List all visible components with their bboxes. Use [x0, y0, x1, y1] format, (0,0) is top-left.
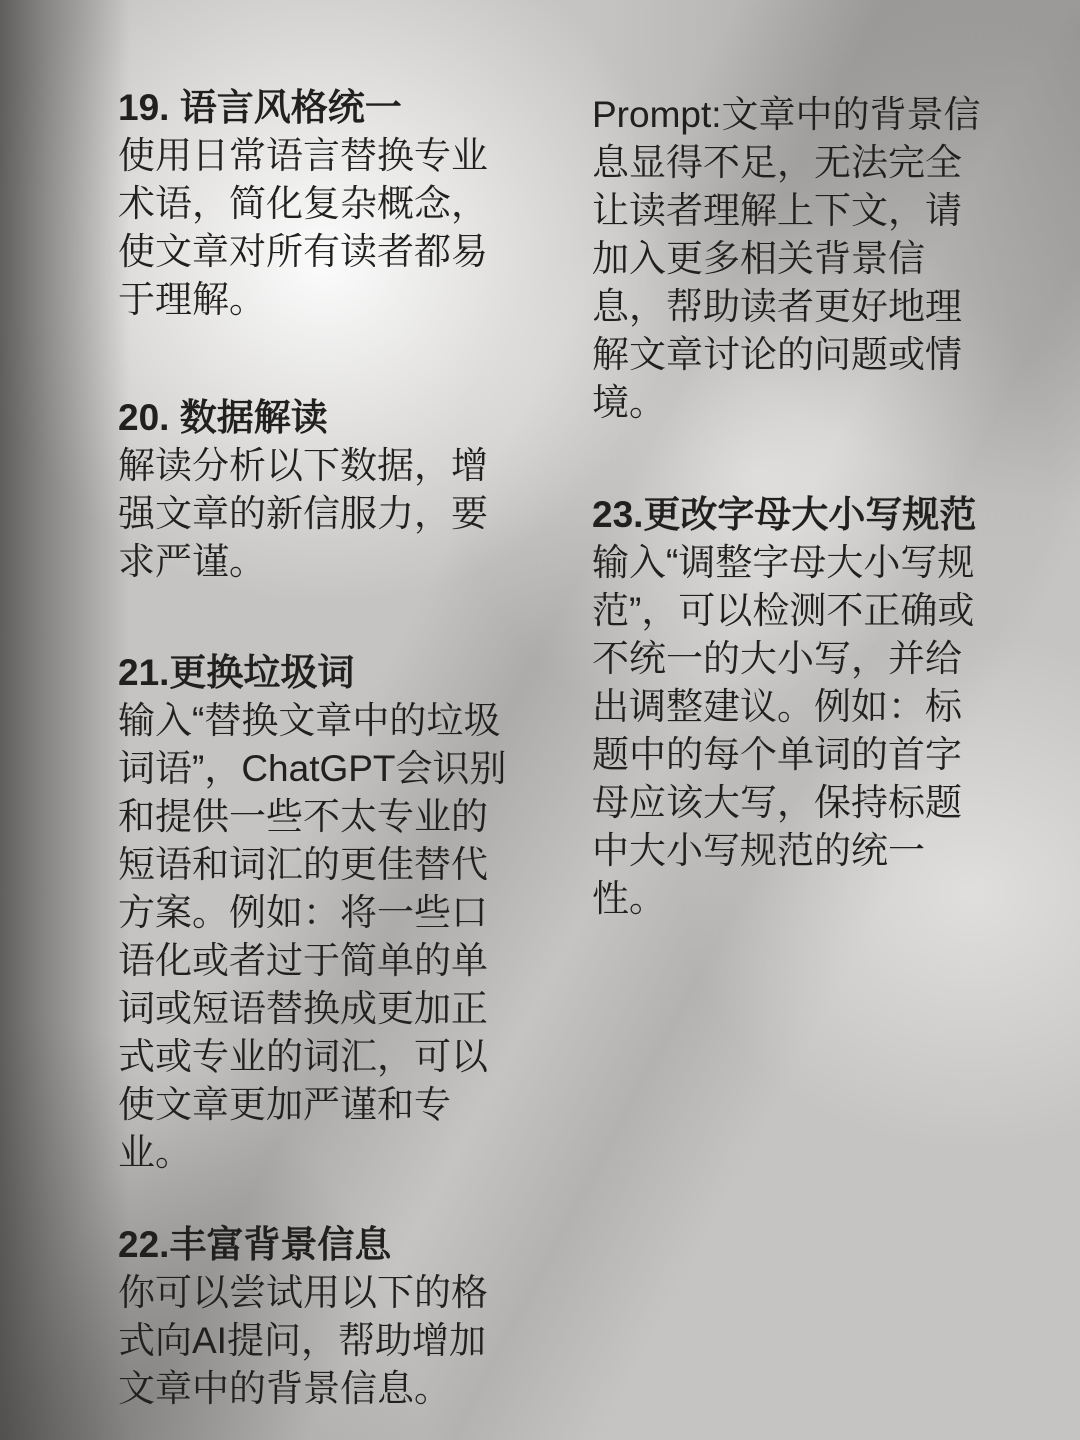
tip-20-body: 解读分析以下数据，增强文章的新信服力，要求严谨。	[118, 442, 516, 586]
tip-22-enrich-background: 22.丰富背景信息 你可以尝试用以下的格式向AI提问，帮助增加文章中的背景信息。	[118, 1221, 516, 1413]
right-column: Prompt:文章中的背景信息显得不足，无法完全让读者理解上下文，请加入更多相关…	[592, 0, 996, 923]
tip-21-heading: 21.更换垃圾词	[118, 649, 516, 697]
tip-21-replace-junk-words: 21.更换垃圾词 输入“替换文章中的垃圾词语”，ChatGPT会识别和提供一些不…	[118, 649, 516, 1177]
prompt-example-body: Prompt:文章中的背景信息显得不足，无法完全让读者理解上下文，请加入更多相关…	[592, 91, 996, 427]
tip-19-body: 使用日常语言替换专业术语，简化复杂概念，使文章对所有读者都易于理解。	[118, 132, 516, 324]
tip-22-heading: 22.丰富背景信息	[118, 1221, 516, 1269]
prompt-example-block: Prompt:文章中的背景信息显得不足，无法完全让读者理解上下文，请加入更多相关…	[592, 91, 996, 427]
tip-19-heading: 19. 语言风格统一	[118, 84, 516, 132]
tip-20-data-interpretation: 20. 数据解读 解读分析以下数据，增强文章的新信服力，要求严谨。	[118, 394, 516, 586]
writing-tips-poster: 19. 语言风格统一 使用日常语言替换专业术语，简化复杂概念，使文章对所有读者都…	[0, 0, 1080, 1440]
tip-23-letter-case: 23.更改字母大小写规范 输入“调整字母大小写规范”，可以检测不正确或不统一的大…	[592, 491, 996, 923]
tip-23-heading: 23.更改字母大小写规范	[592, 491, 996, 539]
tip-22-body: 你可以尝试用以下的格式向AI提问，帮助增加文章中的背景信息。	[118, 1269, 516, 1413]
tip-20-heading: 20. 数据解读	[118, 394, 516, 442]
left-column: 19. 语言风格统一 使用日常语言替换专业术语，简化复杂概念，使文章对所有读者都…	[118, 0, 516, 1413]
tip-21-body: 输入“替换文章中的垃圾词语”，ChatGPT会识别和提供一些不太专业的短语和词汇…	[118, 697, 516, 1177]
tip-19-language-style: 19. 语言风格统一 使用日常语言替换专业术语，简化复杂概念，使文章对所有读者都…	[118, 84, 516, 324]
tip-23-body: 输入“调整字母大小写规范”，可以检测不正确或不统一的大小写，并给出调整建议。例如…	[592, 539, 996, 923]
